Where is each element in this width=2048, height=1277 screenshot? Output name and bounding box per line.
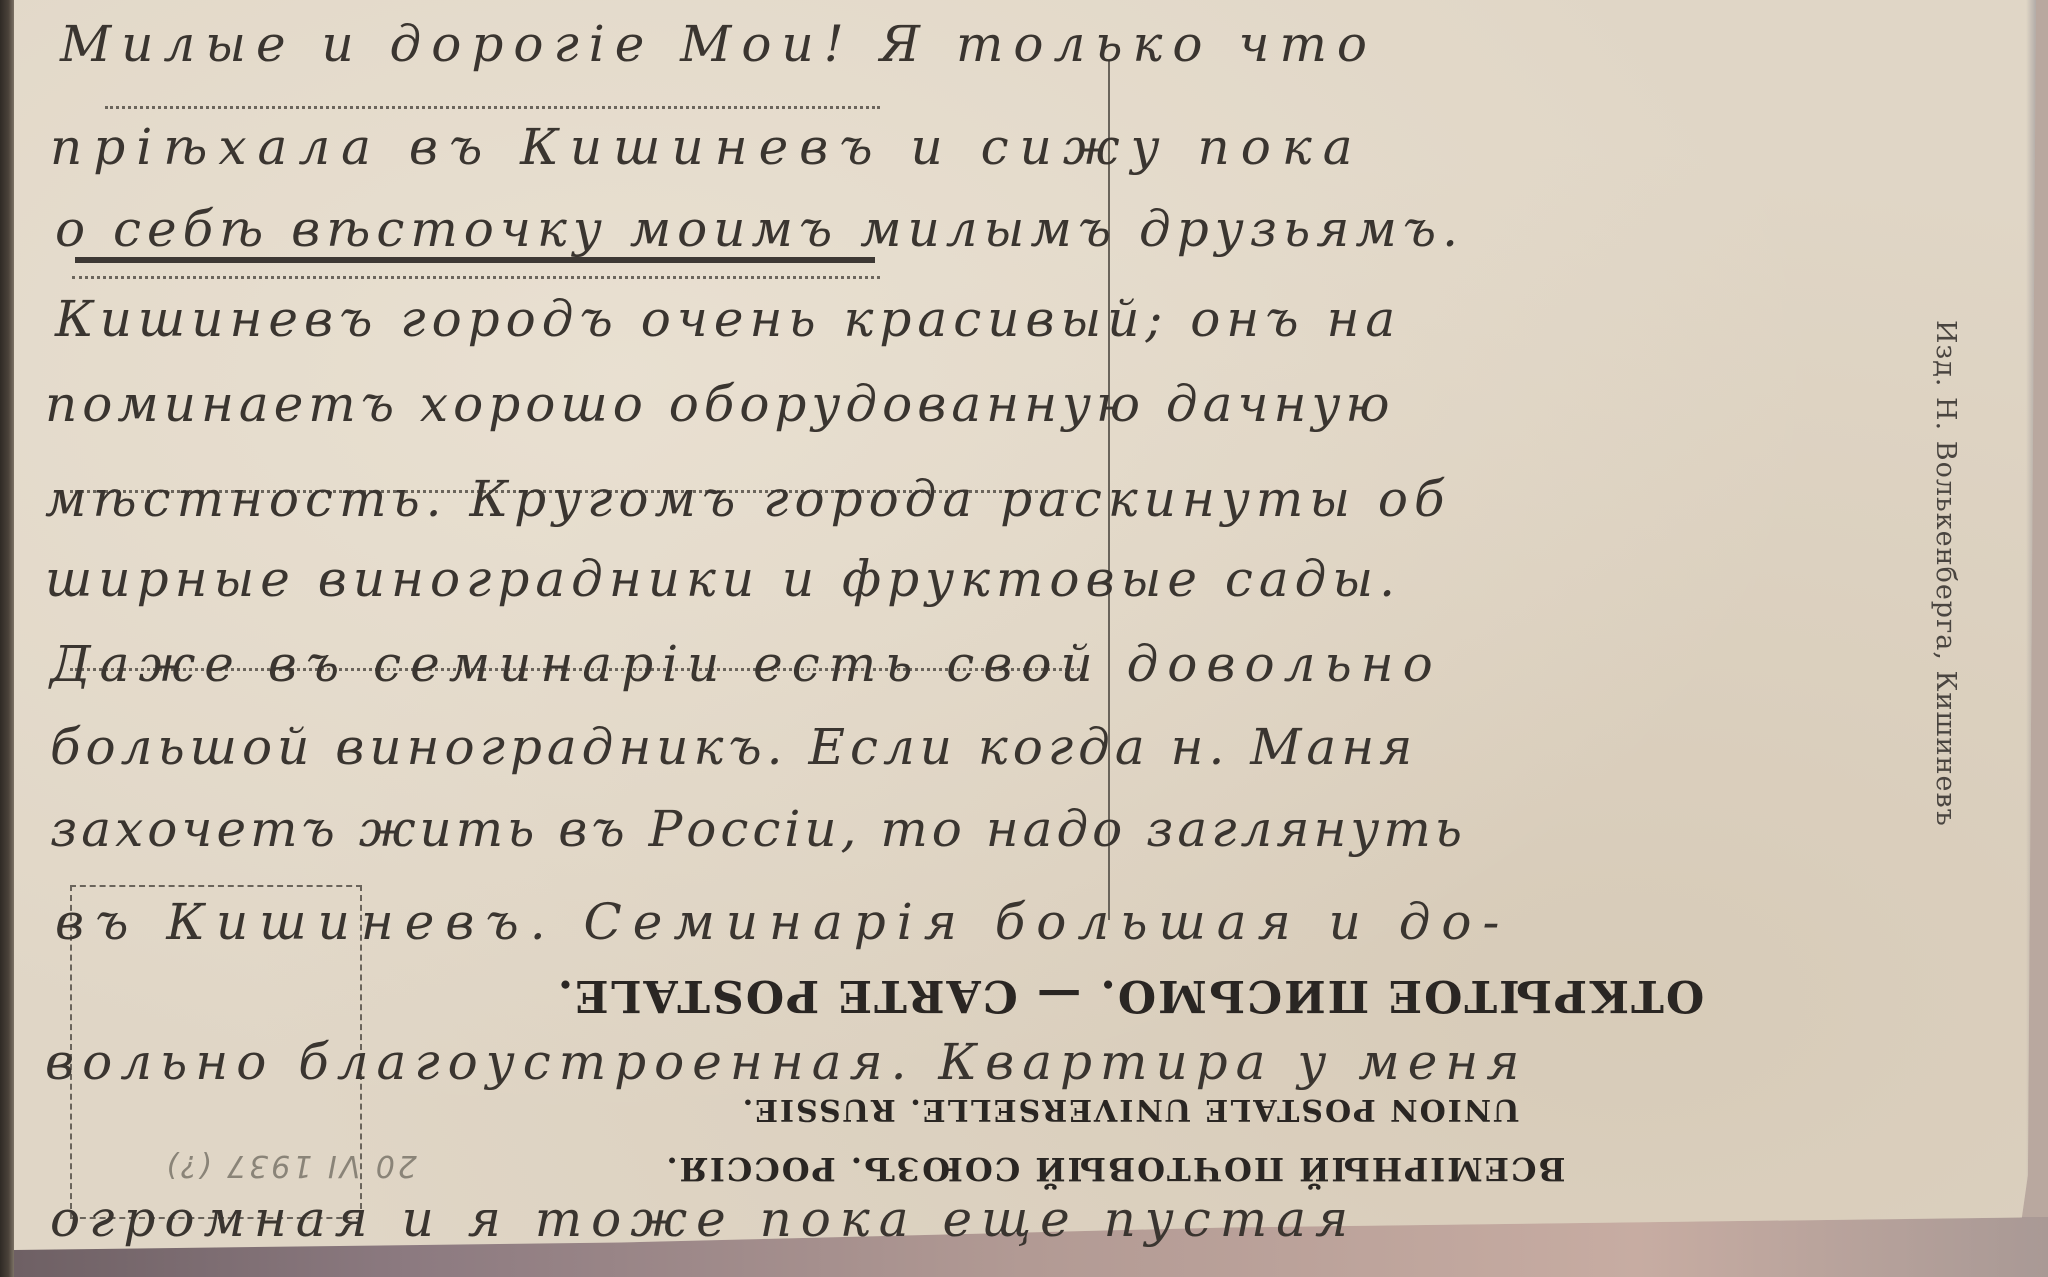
handwritten-line: о себѣ вѣсточку моимъ милымъ друзьямъ. [55,200,1464,258]
card-edge-shadow [2026,0,2036,1250]
handwritten-line: поминаетъ хорошо оборудованную дачную [45,375,1394,433]
printed-title: ОТКРЫТОЕ ПИСЬМО. — CARTE POSTALE. [490,970,1770,1021]
publisher-imprint: Изд. Н. Волькенберга, Кишиневъ [1930,320,1961,827]
handwritten-line: въ Кишиневъ. Семинарія большая и до- [55,893,1510,951]
handwritten-line: вольно благоустроенная. Квартира у меня [45,1033,1527,1091]
handwritten-line: Кишиневъ городъ очень красивый; онъ на [55,290,1401,348]
printed-union-line: UNION POSTALE UNIVERSELLE. RUSSIE. [620,1092,1640,1127]
handwritten-line: огромная и я тоже пока еще пустая [50,1190,1357,1248]
handwritten-line: мѣстность. Кругомъ города раскинуты об [45,470,1451,528]
address-line-2 [72,276,880,279]
handwritten-line: пріѣхала въ Кишиневъ и сижу пока [50,118,1364,176]
handwritten-line: ширные виноградники и фруктовые сады. [45,550,1401,608]
handwritten-line: Милые и дорогіе Мои! Я только что [60,15,1377,73]
printed-russian-union-line: ВСЕМІРНЫЙ ПОЧТОВЫЙ СОЮЗЪ. РОССІЯ. [540,1150,1690,1188]
handwritten-line: Даже въ семинаріи есть свой довольно [50,635,1442,693]
handwritten-line: захочетъ жить въ Россіи, то надо загляну… [50,800,1466,858]
pencil-note: 20 VI 1937 (?) [140,1148,440,1183]
handwritten-line: большой виноградникъ. Если когда н. Маня [50,718,1417,776]
address-line-1 [105,106,880,109]
card-left-edge [0,0,14,1277]
